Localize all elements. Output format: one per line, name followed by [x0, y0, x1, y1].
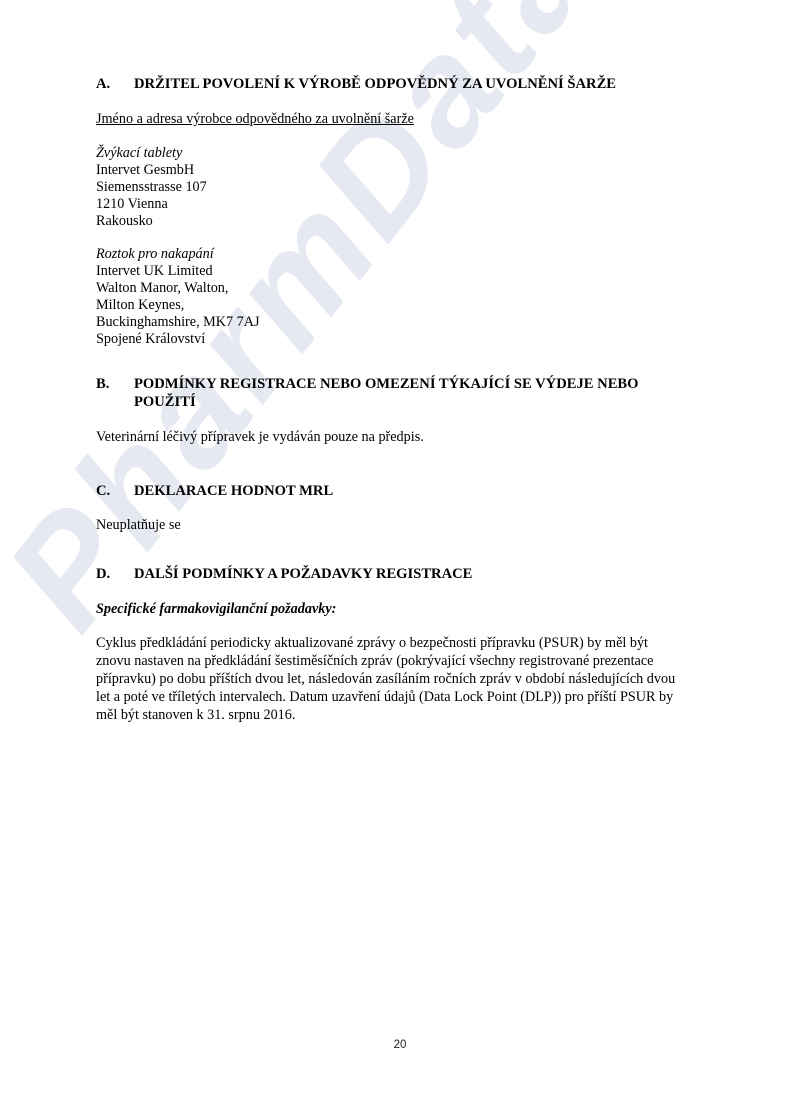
- manufacturer-2-line: Spojené Království: [96, 331, 205, 348]
- manufacturer-1-line: 1210 Vienna: [96, 196, 168, 213]
- section-c-text: Neuplatňuje se: [96, 517, 181, 534]
- section-a-letter: A.: [96, 75, 134, 93]
- section-d-paragraph-line: Cyklus předkládání periodicky aktualizov…: [96, 635, 716, 652]
- section-b-text: Veterinární léčivý přípravek je vydáván …: [96, 429, 424, 446]
- section-c-heading: C. DEKLARACE HODNOT MRL: [96, 482, 694, 500]
- manufacturer-1-line: Intervet GesmbH: [96, 162, 194, 179]
- manufacturer-2-line: Intervet UK Limited: [96, 263, 213, 280]
- manufacturer-1-line: Rakousko: [96, 213, 153, 230]
- section-c-title: DEKLARACE HODNOT MRL: [134, 482, 694, 500]
- section-b-title: PODMÍNKY REGISTRACE NEBO OMEZENÍ TÝKAJÍC…: [134, 375, 694, 411]
- section-d-paragraph-line: měl být stanoven k 31. srpnu 2016.: [96, 707, 716, 724]
- section-d-heading: D. DALŠÍ PODMÍNKY A POŽADAVKY REGISTRACE: [96, 565, 694, 583]
- manufacturer-1-line: Siemensstrasse 107: [96, 179, 207, 196]
- document-page: A. DRŽITEL POVOLENÍ K VÝROBĚ ODPOVĚDNÝ Z…: [0, 0, 800, 1100]
- section-a-subheading: Jméno a adresa výrobce odpovědného za uv…: [96, 111, 414, 128]
- page-number: 20: [0, 1039, 800, 1051]
- section-b-title-line2: POUŽITÍ: [134, 394, 196, 410]
- section-c-letter: C.: [96, 482, 134, 500]
- manufacturer-2-line: Buckinghamshire, MK7 7AJ: [96, 314, 260, 331]
- section-b-letter: B.: [96, 375, 134, 411]
- section-d-letter: D.: [96, 565, 134, 583]
- section-a-heading: A. DRŽITEL POVOLENÍ K VÝROBĚ ODPOVĚDNÝ Z…: [96, 75, 694, 93]
- section-d-paragraph-line: přípravku) po dobu příštích dvou let, ná…: [96, 671, 716, 688]
- section-d-title: DALŠÍ PODMÍNKY A POŽADAVKY REGISTRACE: [134, 565, 694, 583]
- section-d-subheading: Specifické farmakovigilanční požadavky:: [96, 601, 336, 618]
- section-a-title: DRŽITEL POVOLENÍ K VÝROBĚ ODPOVĚDNÝ ZA U…: [134, 75, 694, 93]
- section-d-paragraph-line: znovu nastaven na předkládání šestiměsíč…: [96, 653, 716, 670]
- section-b-title-line1: PODMÍNKY REGISTRACE NEBO OMEZENÍ TÝKAJÍC…: [134, 376, 639, 392]
- manufacturer-1-form: Žvýkací tablety: [96, 145, 182, 162]
- manufacturer-2-line: Walton Manor, Walton,: [96, 280, 228, 297]
- section-b-heading: B. PODMÍNKY REGISTRACE NEBO OMEZENÍ TÝKA…: [96, 375, 694, 411]
- section-d-paragraph-line: let a poté ve tříletých intervalech. Dat…: [96, 689, 716, 706]
- manufacturer-2-line: Milton Keynes,: [96, 297, 184, 314]
- manufacturer-2-form: Roztok pro nakapání: [96, 246, 214, 263]
